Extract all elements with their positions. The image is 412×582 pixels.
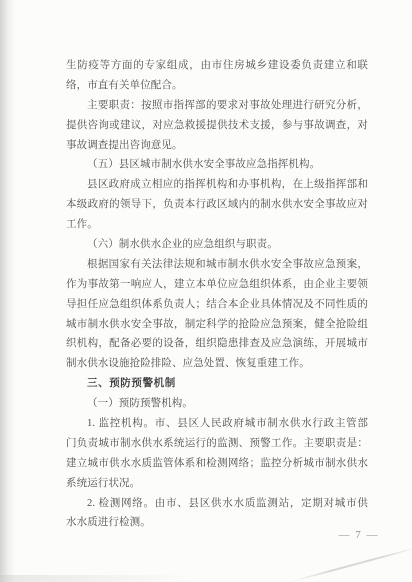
text-line: 城市制水供水安全事故，制定科学的抢险应急预案，健全抢险组 [66, 315, 368, 335]
scan-bottom-edge-shadow [0, 575, 227, 582]
document-page: 生防疫等方面的专家组成，由市住房城乡建设委负责建立和联 络，市直有关单位配合。 … [0, 0, 412, 582]
text-line: 根据国家有关法律法规和城市制水供水安全事故应急预案， [66, 255, 368, 275]
clause-6-heading: （六）制水供水企业的应急组织与职责。 [66, 235, 368, 255]
clause-5-heading: （五）县区城市制水供水安全事故应急指挥机构。 [66, 155, 368, 175]
text-line: 主要职责：按照市指挥部的要求对事故处理进行研究分析， [66, 96, 368, 116]
text-line: 工作。 [66, 215, 368, 235]
text-line: 水水质进行检测。 [66, 513, 368, 533]
page-curl-shadow [287, 547, 412, 582]
section-3-heading: 三、预防预警机制 [66, 374, 368, 394]
text-line: 县区政府成立相应的指挥机构和办事机构，在上级指挥部和 [66, 175, 368, 195]
text-line: 制水供水设施抢险排险、应急处置、恢复重建工作。 [66, 354, 368, 374]
text-line: 生防疫等方面的专家组成，由市住房城乡建设委负责建立和联 [66, 56, 368, 76]
text-line: 系统运行状况。 [66, 474, 368, 494]
text-line: 1. 监控机构。市、县区人民政府城市制水供水行政主管部 [66, 414, 368, 434]
text-line: 建立城市供水水质监管体系和检测网络；监控分析城市制水供水 [66, 454, 368, 474]
clause-1-heading: （一）预防预警机构。 [66, 394, 368, 414]
scan-left-edge-shadow [0, 0, 16, 582]
text-line: 织机构，配备必要的设备，组织隐患排查及应急演练，开展城市 [66, 334, 368, 354]
text-line: 本级政府的领导下，负责本行政区域内的制水供水安全事故应对 [66, 195, 368, 215]
text-line: 作为事故第一响应人，建立本单位应急组织体系，由企业主要领 [66, 275, 368, 295]
text-line: 络，市直有关单位配合。 [66, 76, 368, 96]
text-line: 事故调查提出咨询意见。 [66, 136, 368, 156]
page-number: — 7 — [339, 529, 380, 541]
text-line: 2. 检测网络。由市、县区供水水质监测站，定期对城市供 [66, 494, 368, 514]
text-line: 提供咨询或建议，对应急救援提供技术支援，参与事故调查，对 [66, 116, 368, 136]
text-line: 门负责城市制水供水系统运行的监测、预警工作。主要职责是： [66, 434, 368, 454]
document-body: 生防疫等方面的专家组成，由市住房城乡建设委负责建立和联 络，市直有关单位配合。 … [66, 56, 368, 533]
text-line: 导担任应急组织体系负责人；结合本企业具体情况及不同性质的 [66, 295, 368, 315]
